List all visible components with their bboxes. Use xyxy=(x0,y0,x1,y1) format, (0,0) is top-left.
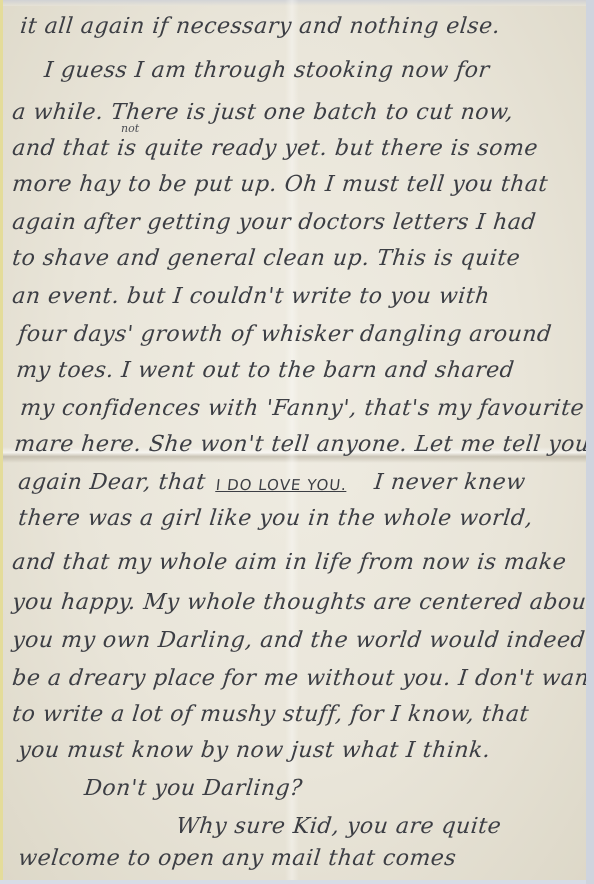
letter-line-13b: I never knew xyxy=(373,470,527,495)
letter-line-5: more hay to be put up. Oh I must tell yo… xyxy=(11,172,549,197)
letter-line-23: welcome to open any mail that comes xyxy=(17,846,458,871)
letter-line-11: my confidences with 'Fanny', that's my f… xyxy=(19,396,585,421)
letter-line-21: Don't you Darling? xyxy=(83,776,304,801)
letter-line-13: again Dear, that xyxy=(17,470,207,495)
letter-line-10: my toes. I went out to the barn and shar… xyxy=(15,358,516,383)
letter-line-15: and that my whole aim in life from now i… xyxy=(11,550,568,575)
letter-line-8: an event. but I couldn't write to you wi… xyxy=(11,284,491,309)
letter-line-4: and that is quite ready yet. but there i… xyxy=(11,136,539,161)
scan-background-edge xyxy=(586,0,594,884)
letter-line-1: it all again if necessary and nothing el… xyxy=(19,14,501,39)
letter-line-12: mare here. She won't tell anyone. Let me… xyxy=(13,432,586,457)
letter-line-22: Why sure Kid, you are quite xyxy=(175,814,503,839)
inserted-word: not xyxy=(121,122,139,135)
letter-line-7: to shave and general clean up. This is q… xyxy=(11,246,522,271)
letter-page: it all again if necessary and nothing el… xyxy=(0,0,586,880)
letter-line-19: to write a lot of mushy stuff, for I kno… xyxy=(11,702,530,727)
emphasized-phrase: I DO LOVE YOU. xyxy=(215,476,348,494)
letter-line-6: again after getting your doctors letters… xyxy=(11,210,537,235)
letter-line-17: you my own Darling, and the world would … xyxy=(11,628,586,653)
letter-line-20: you must know by now just what I think. xyxy=(17,738,492,763)
letter-line-9: four days' growth of whisker dangling ar… xyxy=(17,322,553,347)
letter-line-16: you happy. My whole thoughts are centere… xyxy=(11,590,586,615)
letter-line-18: be a dreary place for me without you. I … xyxy=(11,666,586,691)
letter-line-14: there was a girl like you in the whole w… xyxy=(17,506,534,531)
letter-line-2: I guess I am through stooking now for xyxy=(43,58,491,83)
letter-line-3: a while. There is just one batch to cut … xyxy=(11,100,515,125)
